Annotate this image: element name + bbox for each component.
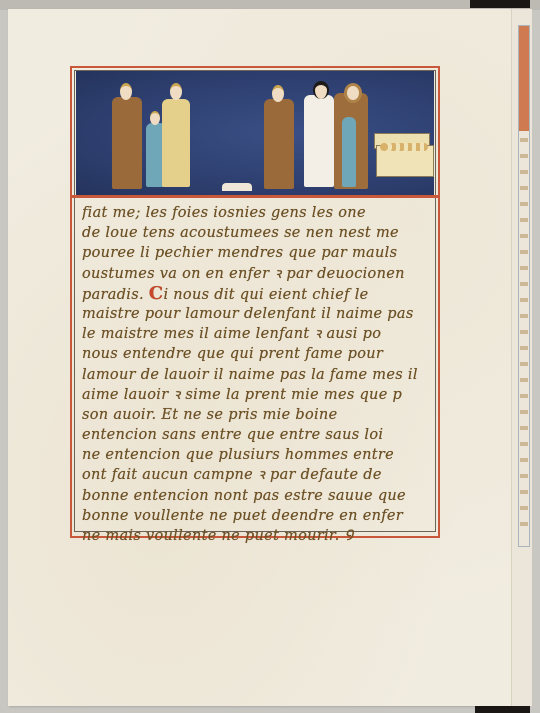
text-line: bonne entencion nont pas estre sauue que bbox=[82, 486, 434, 506]
text-line: lamour de lauoir il naime pas la fame me… bbox=[82, 365, 434, 385]
text-line: aime lauoir ꝛ sime la prent mie mes que … bbox=[82, 385, 434, 405]
miniature-illustration bbox=[76, 71, 434, 195]
text-line: pouree li pechier mendres que par mauls bbox=[82, 243, 434, 263]
figure-head-veiled bbox=[313, 81, 329, 99]
text-line: entencion sans entre que entre saus loi bbox=[82, 425, 434, 445]
text-line: ont fait aucun campne ꝛ par defaute de bbox=[82, 465, 434, 485]
adjacent-page-text bbox=[520, 138, 528, 538]
text-line: son auoir. Et ne se pris mie boine bbox=[82, 405, 434, 425]
rubric-initial: C bbox=[149, 284, 164, 304]
figure-brown-robe-2 bbox=[264, 99, 294, 189]
ground-patch bbox=[222, 183, 252, 191]
bread-loaves bbox=[380, 143, 428, 151]
figure-head bbox=[150, 111, 160, 125]
text-line: de loue tens acoustumees se nen nest me bbox=[82, 223, 434, 243]
text-line: maistre pour lamour delenfant il naime p… bbox=[82, 304, 434, 324]
text-line: ne entencion que plusiurs hommes entre bbox=[82, 445, 434, 465]
adjacent-page-miniature bbox=[519, 26, 529, 131]
text-segment: i nous dit qui eient chief le bbox=[163, 287, 368, 303]
scan-edge-dark bbox=[470, 0, 530, 8]
figure-yellow-robe bbox=[162, 99, 190, 187]
text-line: bonne voullente ne puet deendre en enfer bbox=[82, 506, 434, 526]
figure-brown-robe bbox=[112, 97, 142, 189]
figure-head-hooded bbox=[344, 83, 362, 103]
text-line: ne mais voullente ne puet mourir. Ꝯ bbox=[82, 526, 434, 546]
manuscript-text-block: fiat me; les foies iosnies gens les one … bbox=[82, 203, 434, 529]
text-line: oustumes va on en enfer ꝛ par deuocionen bbox=[82, 264, 434, 284]
figure-blue-underrobe bbox=[342, 117, 356, 187]
figure-white-veiled bbox=[304, 95, 334, 187]
text-segment: paradis. bbox=[82, 287, 149, 303]
figure-head bbox=[170, 83, 182, 100]
figure-head bbox=[272, 85, 284, 102]
adjacent-page-preview bbox=[518, 25, 530, 547]
miniature-separator bbox=[72, 195, 438, 198]
text-line: nous entendre que qui prent fame pour bbox=[82, 344, 434, 364]
figure-head bbox=[120, 83, 132, 100]
text-line-rubric: paradis. Ci nous dit qui eient chief le bbox=[82, 284, 434, 304]
text-line: fiat me; les foies iosnies gens les one bbox=[82, 203, 434, 223]
text-line: le maistre mes il aime lenfant ꝛ ausi po bbox=[82, 324, 434, 344]
